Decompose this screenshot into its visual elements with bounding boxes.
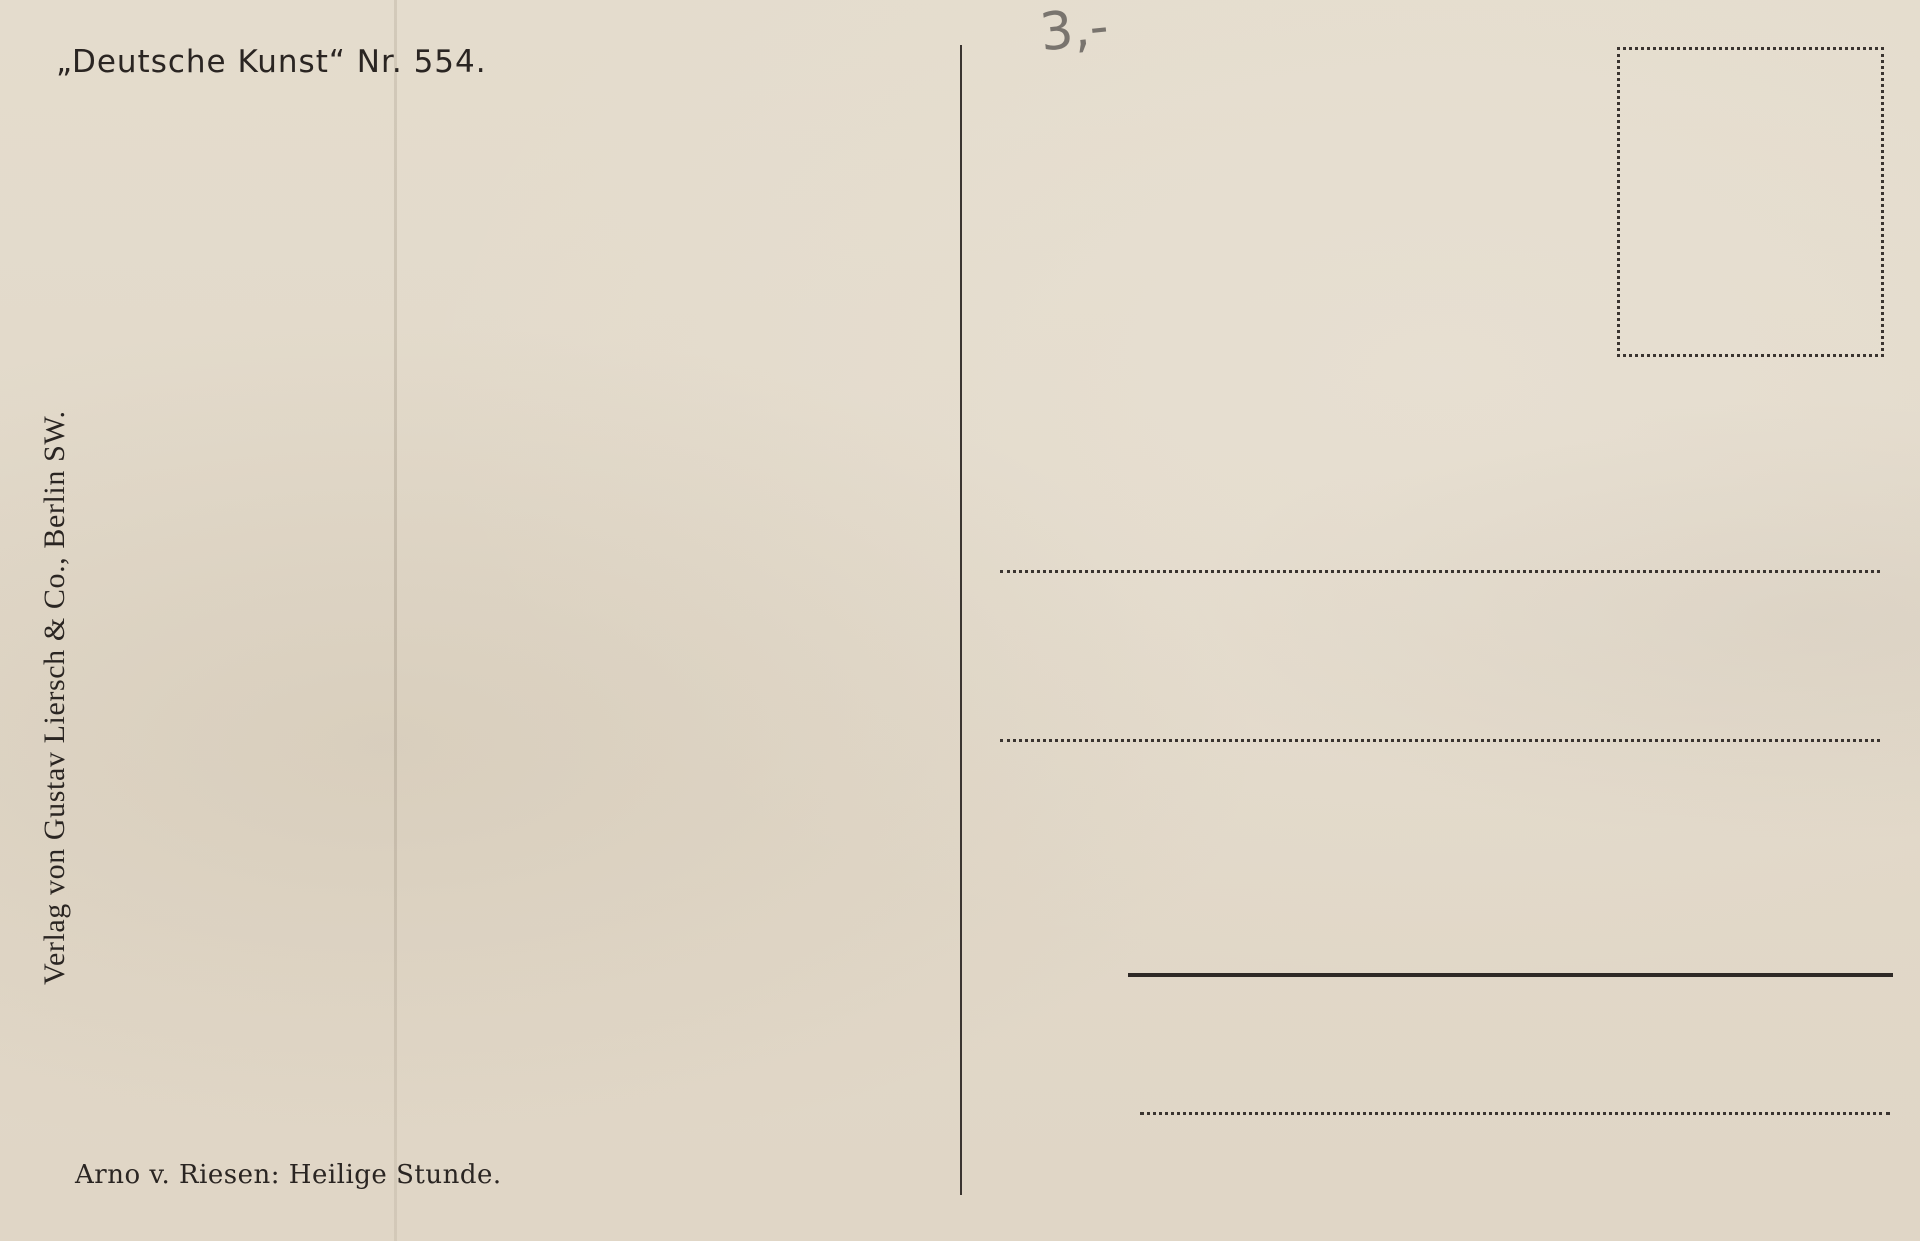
address-line-4 bbox=[1140, 1112, 1890, 1115]
series-title: „Deutsche Kunst“ Nr. 554. bbox=[56, 44, 487, 80]
address-line-2 bbox=[1000, 739, 1880, 742]
address-line-1 bbox=[1000, 570, 1880, 573]
stamp-box bbox=[1617, 47, 1884, 357]
publisher-imprint: Verlag von Gustav Liersch & Co., Berlin … bbox=[40, 255, 70, 985]
paper-fold-crease bbox=[394, 0, 397, 1241]
center-divider-line bbox=[960, 45, 962, 1195]
artwork-caption: Arno v. Riesen: Heilige Stunde. bbox=[75, 1160, 502, 1190]
pencil-price-note: 3,- bbox=[1037, 0, 1111, 63]
address-line-3-solid bbox=[1128, 973, 1893, 977]
